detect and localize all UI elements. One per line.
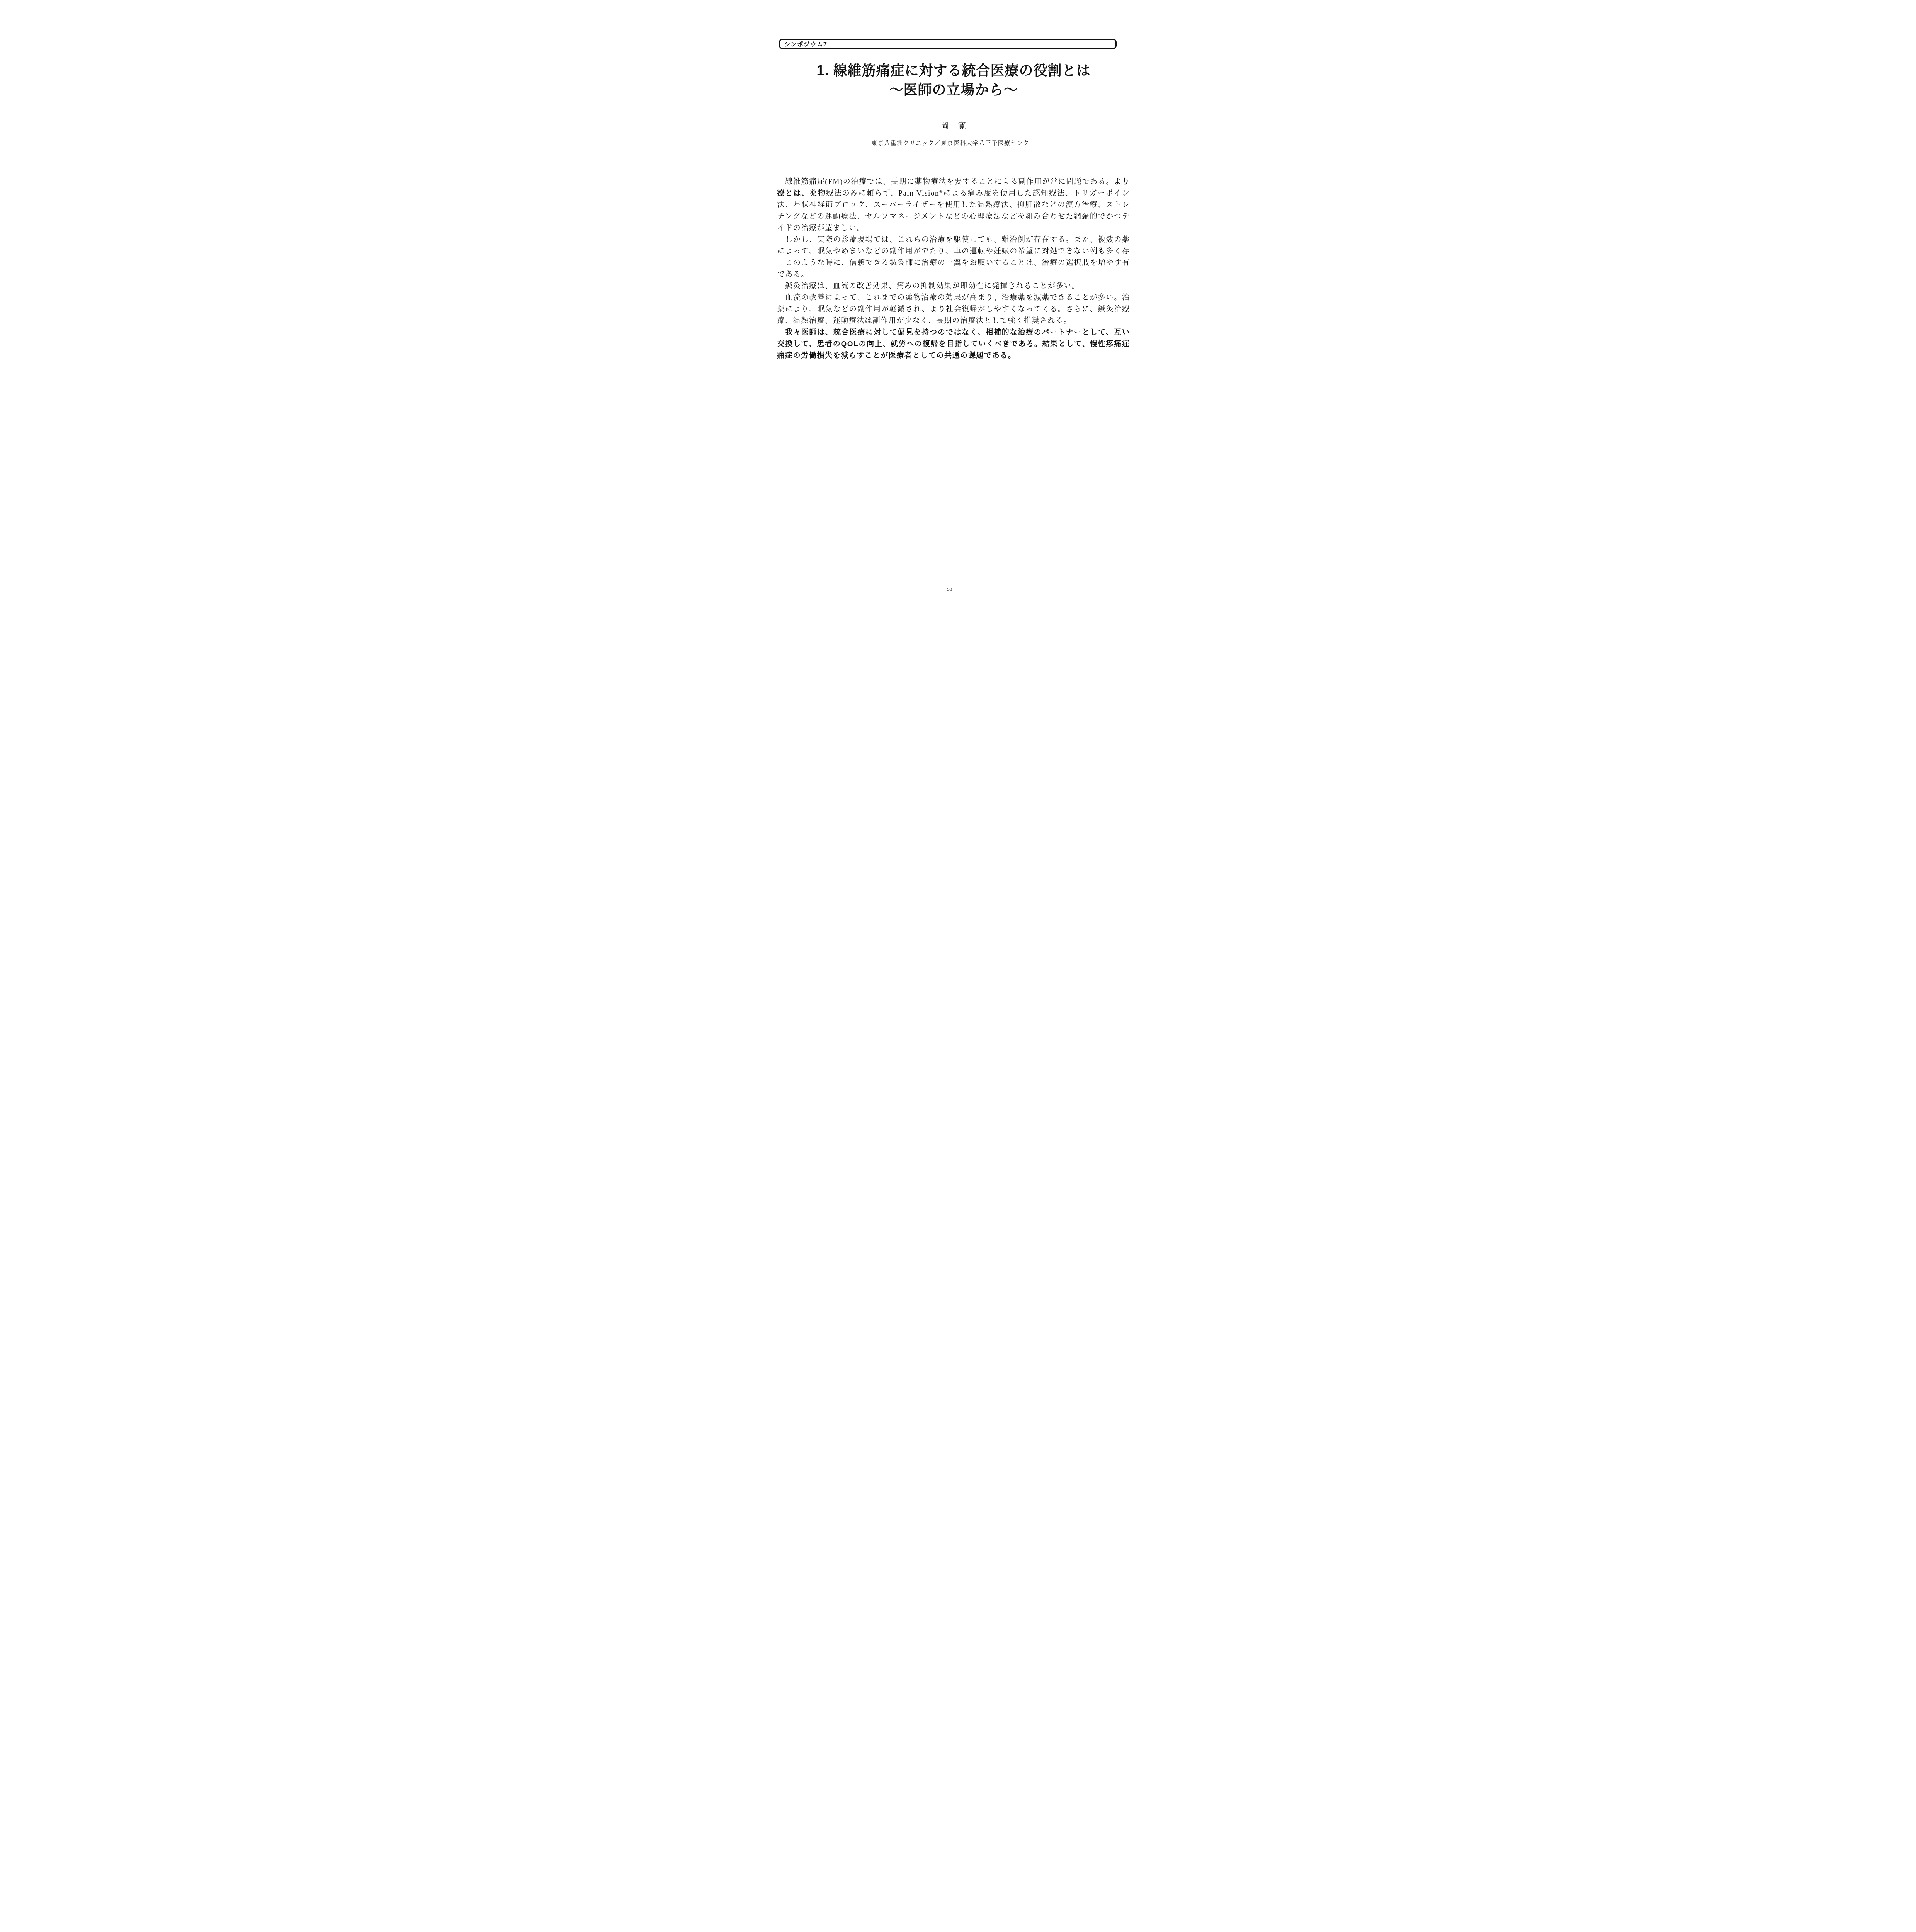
- body-text-segment: チングなどの運動療法、セルフマネージメントなどの心理療法などを組み合わせた網羅的…: [777, 213, 1130, 223]
- body-line: 血流の改善によって、これまでの薬物治療の効果が高まり、治療薬を減薬できることが多…: [777, 292, 1130, 304]
- abstract-title-line-2: ～医師の立場から～: [777, 80, 1130, 100]
- body-line: 薬により、眠気などの副作用が軽減され、より社会復帰がしやすくなってくる。さらに、…: [777, 304, 1130, 315]
- body-text-segment: 血流の改善によって、これまでの薬物治療の効果が高まり、治療薬を減薬できることが多…: [777, 294, 1130, 304]
- body-line: 線維筋痛症(FM)の治療では、長期に薬物療法を要することによる副作用が常に問題で…: [777, 176, 1130, 188]
- body-line: 交換して、患者のQOLの向上、就労への復帰を目指していくべきである。結果として、…: [777, 338, 1130, 350]
- author-affiliation: 東京八重洲クリニック／東京医科大学八王子医療センター: [777, 139, 1130, 147]
- abstract-title: 1. 線維筋痛症に対する統合医療の役割とは ～医師の立場から～: [777, 61, 1130, 100]
- body-text-segment: イドの治療が望ましい。: [777, 224, 865, 232]
- body-line: イドの治療が望ましい。: [777, 223, 1130, 234]
- body-line: 我々医師は、統合医療に対して偏見を持つのではなく、相補的な治療のパートナーとして…: [777, 327, 1130, 338]
- body-text-segment: このような時に、信頼できる鍼灸師に治療の一翼をお願いすることは、治療の選択肢を増…: [777, 259, 1130, 269]
- body-line: 鍼灸治療は、血流の改善効果、痛みの抑制効果が即効性に発揮されることが多い。: [777, 281, 1130, 292]
- body-line: である。: [777, 269, 1130, 281]
- abstract-body: 線維筋痛症(FM)の治療では、長期に薬物療法を要することによる副作用が常に問題で…: [777, 176, 1130, 362]
- body-line: しかし、実際の診療現場では、これらの治療を駆使しても、難治例が存在する。また、複…: [777, 234, 1130, 246]
- symposium-banner: シンポジウム7: [779, 39, 1117, 49]
- body-line: 療とは、薬物療法のみに頼らず、Pain Vision®による痛み度を使用した認知…: [777, 188, 1130, 199]
- body-line: 法、星状神経節ブロック、スーパーライザーを使用した温熱療法、抑肝散などの漢方治療…: [777, 199, 1130, 211]
- body-text-segment: 療とは、: [777, 189, 810, 197]
- body-text-segment: 鍼灸治療は、血流の改善効果、痛みの抑制効果が即効性に発揮されることが多い。: [777, 282, 1080, 290]
- abstract-title-line-1: 1. 線維筋痛症に対する統合医療の役割とは: [777, 61, 1130, 80]
- body-text-segment: 線維筋痛症(FM)の治療では、長期に薬物療法を要することによる副作用が常に問題で…: [777, 178, 1114, 186]
- body-text-segment: 薬物療法のみに頼らず、Pain Vision: [810, 189, 940, 197]
- body-text-segment: によって、眠気やめまいなどの副作用がでたり、車の運転や妊娠の希望に対処できない例…: [777, 247, 1130, 257]
- page-number: 53: [777, 586, 1122, 592]
- author-name: 岡 寛: [777, 120, 1130, 131]
- body-text-segment: 薬により、眠気などの副作用が軽減され、より社会復帰がしやすくなってくる。さらに、…: [777, 305, 1130, 315]
- symposium-banner-label: シンポジウム7: [784, 39, 827, 48]
- body-text-segment: 我々医師は、統合医療に対して偏見を持つのではなく、相補的な治療のパートナーとして…: [777, 328, 1130, 338]
- body-text-segment: である。: [777, 270, 809, 279]
- body-line: このような時に、信頼できる鍼灸師に治療の一翼をお願いすることは、治療の選択肢を増…: [777, 257, 1130, 269]
- body-text-segment: 療、温熱治療、運動療法は副作用が少なく、長期の治療法として強く推奨される。: [777, 317, 1072, 325]
- body-text-segment: しかし、実際の診療現場では、これらの治療を駆使しても、難治例が存在する。また、複…: [777, 236, 1130, 246]
- body-line: 痛症の労働損失を減らすことが医療者としての共通の課題である。: [777, 350, 1130, 362]
- body-text-segment: 交換して、患者のQOLの向上、就労への復帰を目指していくべきである。結果として、…: [777, 340, 1130, 350]
- body-text-segment: 法、星状神経節ブロック、スーパーライザーを使用した温熱療法、抑肝散などの漢方治療…: [777, 201, 1130, 211]
- body-line: チングなどの運動療法、セルフマネージメントなどの心理療法などを組み合わせた網羅的…: [777, 211, 1130, 223]
- body-line: によって、眠気やめまいなどの副作用がでたり、車の運転や妊娠の希望に対処できない例…: [777, 246, 1130, 257]
- registered-trademark-mark: ®: [939, 189, 943, 194]
- body-line: 療、温熱治療、運動療法は副作用が少なく、長期の治療法として強く推奨される。: [777, 315, 1130, 327]
- document-page: シンポジウム7 1. 線維筋痛症に対する統合医療の役割とは ～医師の立場から～ …: [743, 0, 1174, 610]
- body-text-segment: 痛症の労働損失を減らすことが医療者としての共通の課題である。: [777, 352, 1016, 360]
